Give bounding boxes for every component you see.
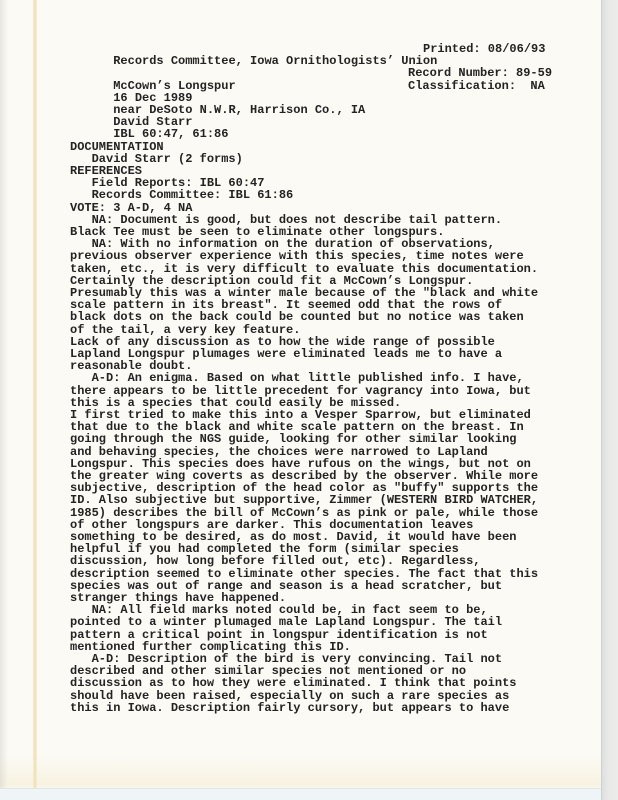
underlying-sheet-edge [33, 0, 37, 794]
scan-bottom-edge [0, 788, 601, 800]
scanned-page: Records Committee, Iowa Ornithologists’ … [0, 0, 618, 800]
header-row-ibl: IBL 60:47, 61:86 [70, 116, 570, 128]
printed-date: Printed: 08/06/93 [423, 43, 545, 55]
document-body-text: DOCUMENTATION David Starr (2 forms) REFE… [70, 141, 570, 715]
header-row-location: near DeSoto N.W.R, Harrison Co., IA [70, 92, 570, 104]
blank-line [70, 128, 570, 140]
record-number: Record Number: 89-59 [408, 67, 552, 79]
paper-bottom-tint [0, 754, 601, 788]
header-row-title: Records Committee, Iowa Ornithologists’ … [70, 43, 570, 55]
classification: Classification: NA [408, 80, 545, 92]
scan-left-shade [0, 0, 8, 788]
header-row-date: 16 Dec 1989 Classification: NA [70, 80, 570, 92]
header-row-species: McCown’s Longspur Record Number: 89-59 [70, 67, 570, 79]
scan-right-edge [601, 0, 618, 800]
document-text-block: Records Committee, Iowa Ornithologists’ … [70, 43, 570, 714]
header-row-observer: David Starr [70, 104, 570, 116]
